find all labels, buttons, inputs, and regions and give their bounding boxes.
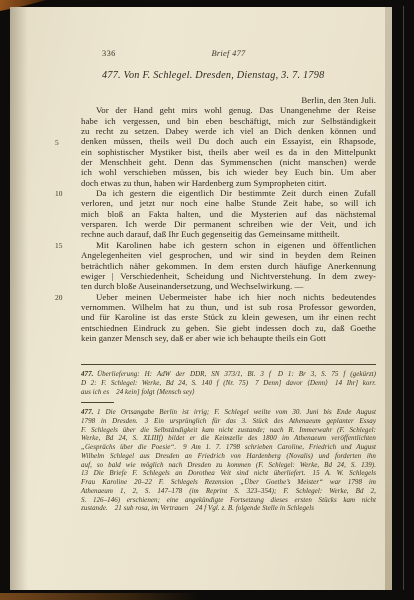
letter-line: und für Karoline ist das erste Stück zu … — [81, 312, 376, 322]
margin-line-number: 5 — [55, 138, 75, 148]
letter-line: rechne auch darauf, daß Ihr Euch gegense… — [81, 229, 376, 239]
note-line: „Gesprächs über die Poesie“. 9 Am 1. 7. … — [81, 443, 376, 452]
letter-line: habe ich vergessen, und bin eben beschäf… — [81, 116, 376, 126]
commentary-divider — [81, 402, 114, 403]
note-line: S. 126–146) erschienen; eine angekündigt… — [81, 496, 376, 505]
letter-line: beträchtlich näher gekommen. In dem erst… — [81, 261, 376, 271]
note-number-label: 477. — [81, 408, 97, 416]
letter-line: versparen. Ich werde Dir permanent schre… — [81, 219, 376, 229]
margin-line-number: 20 — [55, 293, 75, 303]
commentary-notes: 477. 1 Die Ortsangabe Berlin ist irrig; … — [81, 408, 376, 513]
apparatus-divider — [81, 364, 376, 365]
page-edge-line — [403, 6, 404, 590]
letter-heading: 477. Von F. Schlegel. Dresden, Dienstag,… — [81, 70, 376, 81]
margin-line-number: 15 — [55, 241, 75, 251]
letter-line: doch etwas zu thun, haben wir Hardenberg… — [81, 178, 376, 188]
book-bottom-edge — [0, 593, 200, 600]
book-scan: 336 Brief 477 477. Von F. Schlegel. Dres… — [0, 0, 414, 600]
note-line: 477. 1 Die Ortsangabe Berlin ist irrig; … — [81, 408, 376, 417]
running-head: Brief 477 — [81, 49, 376, 58]
letter-line: Vor der Hand geht mirs wohl genug. Das U… — [81, 105, 376, 115]
letter-line: entschiednen Eindruck zu geben. Sie gieb… — [81, 323, 376, 333]
letter-line: kein ganzer Mensch sey, daß er aber wie … — [81, 333, 376, 343]
critical-apparatus: 477. Überlieferung: H: AdW der DDR, SN 3… — [81, 370, 376, 398]
note-line: aus ich es 24 kein] folgt ⟨Mensch sey⟩ — [81, 388, 376, 397]
letter-line: vernommen. Wilhelm hat zu thun, und ist … — [81, 302, 376, 312]
note-line: F. Schlegels über die Selbständigkeit ka… — [81, 426, 376, 435]
letter-line: Berlin, den 3ten Juli. — [81, 95, 376, 105]
note-number-label: 477. — [81, 370, 97, 378]
note-line: 1798 in Dresden. 3 Ein ursprünglich für … — [81, 417, 376, 426]
letter-line: verloren, und jetzt nur noch eine halbe … — [81, 198, 376, 208]
letter-body: Berlin, den 3ten Juli.Vor der Hand geht … — [81, 95, 376, 343]
note-line: 477. Überlieferung: H: AdW der DDR, SN 3… — [81, 370, 376, 379]
gutter-shadow — [10, 7, 28, 590]
note-line: D 2: F. Schlegel: Werke, Bd 24, S. 140 f… — [81, 379, 376, 388]
letter-line: ewiger | Verschiedenheit, Scheidung und … — [81, 271, 376, 281]
note-line: zustande. 21 sub rosa, im Vertrauen 24 f… — [81, 504, 376, 513]
note-line: Wilhelm Schlegel aus Dresden an Friedric… — [81, 452, 376, 461]
note-line: Frau Karoline 20–22 F. Schlegels Rezensi… — [81, 478, 376, 487]
margin-line-number: 10 — [55, 189, 75, 199]
letter-line: 5denken müssen, theils weil Du doch auch… — [81, 136, 376, 146]
letter-line: mich bloß an Fakta halten, und die Myste… — [81, 209, 376, 219]
letter-line: 20Ueber meinen Uebermeister habe ich hie… — [81, 292, 376, 302]
book-page: 336 Brief 477 477. Von F. Schlegel. Dres… — [10, 7, 392, 590]
letter-line: ein sophistischer Mystiker bist, theils … — [81, 147, 376, 157]
letter-line: ten durch bloße Auseinandersetzung, und … — [81, 281, 376, 291]
letter-line: der Menschheit geht. Denn das Symmensche… — [81, 157, 376, 167]
letter-line: zu recht zu setzen. Dabey werde ich viel… — [81, 126, 376, 136]
page-header: 336 Brief 477 — [81, 49, 376, 60]
page-right-edge — [385, 7, 392, 590]
letter-line: 15Mit Karolinen habe ich gestern schon i… — [81, 240, 376, 250]
letter-line: Angelegenheiten viel gesprochen, und wir… — [81, 250, 376, 260]
note-line: auf, so bald wie möglich nach Dresden zu… — [81, 461, 376, 470]
note-line: Athenaeum 1, 2, S. 147–178 (im Reprint S… — [81, 487, 376, 496]
note-line: Werke, Bd 24, S. XLIIIf) bildet er die K… — [81, 434, 376, 443]
letter-line: ich wohl verschieben müssen, bis ich wie… — [81, 167, 376, 177]
letter-line: 10Da ich gestern die eigentlich Dir best… — [81, 188, 376, 198]
note-line: 13 Die Briefe F. Schlegels an Dorothea V… — [81, 469, 376, 478]
